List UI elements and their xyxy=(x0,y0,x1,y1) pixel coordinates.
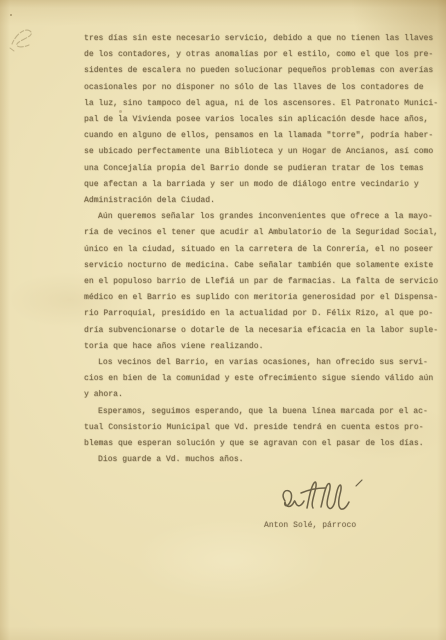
text-line: rio Parroquial, presidido en la actualid… xyxy=(84,306,442,322)
text-line: ría de vecinos el tener que acudir al Am… xyxy=(84,225,442,241)
paragraph: Esperamos, seguimos esperando, que la bu… xyxy=(84,404,442,453)
paragraph: tres días sin este necesario servicio, d… xyxy=(84,31,442,209)
text-line: pal de la Vivienda posee varios locales … xyxy=(84,112,442,128)
text-line: Los vecinos del Barrio, en varias ocasio… xyxy=(84,355,442,371)
text-line: Esperamos, seguimos esperando, que la bu… xyxy=(84,404,442,420)
scanned-letter-page: tres días sin este necesario servicio, d… xyxy=(0,0,446,640)
text-line: Dios guarde a Vd. muchos años. xyxy=(84,452,442,468)
text-line: una Concejalía propia del Barrio donde s… xyxy=(84,161,442,177)
handwritten-signature xyxy=(276,479,366,519)
text-line: se ubicado perfectamente una Biblioteca … xyxy=(84,144,442,160)
text-line: Administración dela Ciudad. xyxy=(84,193,442,209)
text-line: y ahora. xyxy=(84,387,442,403)
text-line: cios en bien de la comunidad y este ofre… xyxy=(84,371,442,387)
paragraph: Los vecinos del Barrio, en varias ocasio… xyxy=(84,355,442,404)
text-line: tual Consistorio Municipal que Vd. presi… xyxy=(84,420,442,436)
paper-speck xyxy=(10,14,12,16)
pencil-scribble-mark xyxy=(8,22,48,58)
letter-body: tres días sin este necesario servicio, d… xyxy=(84,31,442,468)
text-line: en el populoso barrio de Llefiá un par d… xyxy=(84,274,442,290)
text-line: médico en el Barrio es suplido con merit… xyxy=(84,290,442,306)
paragraph: Aún queremos señalar los grandes inconve… xyxy=(84,209,442,355)
text-line: dría subvencionarse o dotarle de la nece… xyxy=(84,323,442,339)
text-line: blemas que esperan solución y que se agr… xyxy=(84,436,442,452)
text-line: que afectan a la barriada y ser un modo … xyxy=(84,177,442,193)
text-line: de los contadores, y otras anomalías por… xyxy=(84,47,442,63)
text-line: tres días sin este necesario servicio, d… xyxy=(84,31,442,47)
text-line: servicio nocturno de medicina. Cabe seña… xyxy=(84,258,442,274)
text-line: cuando en alguno de ellos, pensamos en l… xyxy=(84,128,442,144)
paragraph: Dios guarde a Vd. muchos años. xyxy=(84,452,442,468)
text-line: ocasionales por no disponer no sólo de l… xyxy=(84,80,442,96)
text-line: sidentes de escalera no pueden soluciona… xyxy=(84,63,442,79)
text-line: la luz, sino tampoco del agua, ni de los… xyxy=(84,96,442,112)
text-line: Aún queremos señalar los grandes inconve… xyxy=(84,209,442,225)
typed-signature-name: Anton Solé, párroco xyxy=(264,518,356,534)
text-line: toria que hace años viene realizando. xyxy=(84,339,442,355)
text-line: único en la ciudad, situado en la carret… xyxy=(84,242,442,258)
